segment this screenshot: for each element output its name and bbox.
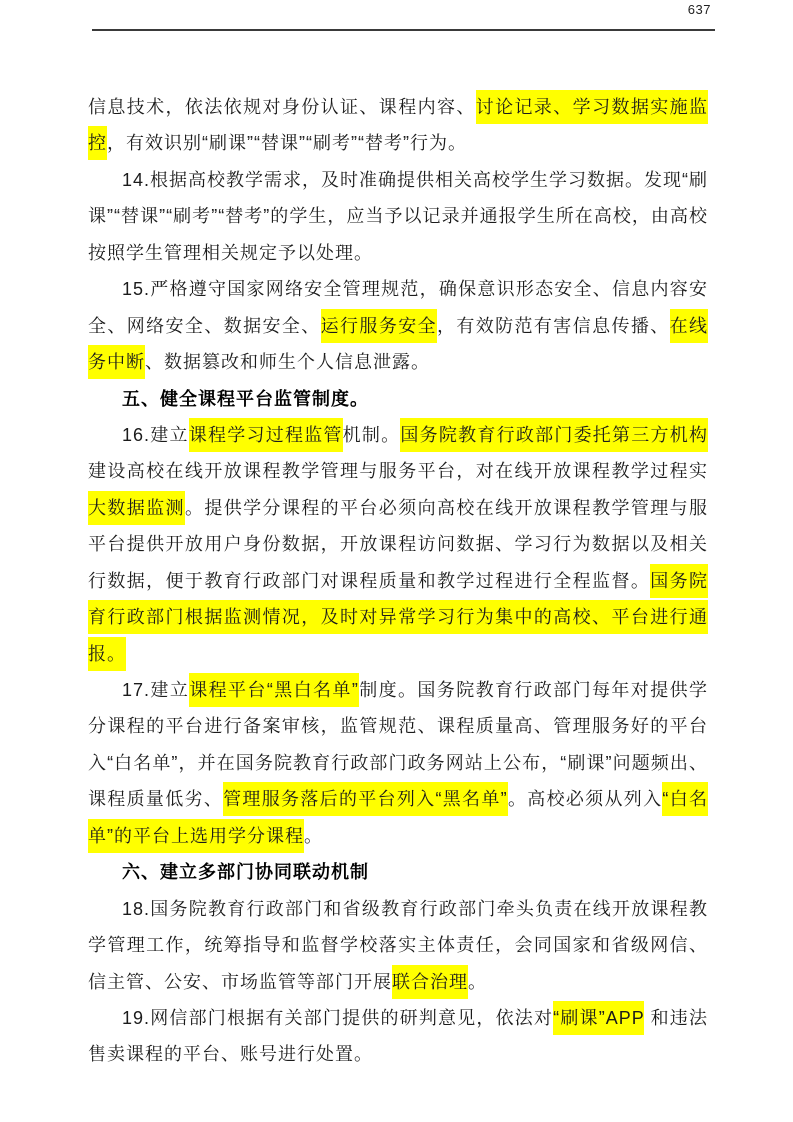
text-run: 信息技术，依法依规对身份认证、课程内容、 bbox=[88, 97, 476, 117]
text-run: 行数据，便于教育行政部门对课程质量和教学过程进行全程监督。 bbox=[88, 571, 650, 591]
highlighted-text: 运行服务安全 bbox=[321, 309, 437, 343]
highlighted-text: 报。 bbox=[88, 637, 126, 671]
text-run: 制度。国务院教育行政部门每年对提供学 bbox=[359, 680, 708, 700]
text-run: 机制。 bbox=[343, 425, 401, 445]
text-run: 。高校必须从列入 bbox=[508, 789, 663, 809]
highlighted-text: “刷课”APP bbox=[553, 1001, 644, 1035]
text-run: 19.网信部门根据有关部门提供的研判意见，依法对 bbox=[122, 1008, 553, 1028]
text-run: 五、健全课程平台监管制度。 bbox=[122, 389, 369, 409]
text-line: 17.建立课程平台“黑白名单”制度。国务院教育行政部门每年对提供学 bbox=[88, 672, 708, 708]
text-run: 学管理工作，统筹指导和监督学校落实主体责任，会同国家和省级网信、电 bbox=[88, 935, 708, 963]
highlighted-text: 课程学习过程监管 bbox=[189, 418, 343, 452]
section-heading-line: 五、健全课程平台监管制度。 bbox=[88, 381, 708, 417]
text-run: 。 bbox=[468, 972, 487, 992]
text-line: 18.国务院教育行政部门和省级教育行政部门牵头负责在线开放课程教 bbox=[88, 891, 708, 927]
text-line: 14.根据高校教学需求，及时准确提供相关高校学生学习数据。发现“刷 bbox=[88, 162, 708, 198]
text-run: 。 bbox=[304, 826, 323, 846]
text-run: 分课程的平台进行备案审核，监管规范、课程质量高、管理服务好的平台进 bbox=[88, 716, 708, 744]
text-run: 全、网络安全、数据安全、 bbox=[88, 316, 321, 336]
text-run: 18.国务院教育行政部门和省级教育行政部门牵头负责在线开放课程教 bbox=[122, 899, 708, 919]
document-body: 信息技术，依法依规对身份认证、课程内容、讨论记录、学习数据实施监控，有效识别“刷… bbox=[88, 89, 708, 1073]
text-line: 售卖课程的平台、账号进行处置。 bbox=[88, 1036, 708, 1072]
text-line: 入“白名单”，并在国务院教育行政部门政务网站上公布，“刷课”问题频出、 bbox=[88, 745, 708, 781]
text-line: 平台提供开放用户身份数据，开放课程访问数据、学习行为数据以及相关运 bbox=[88, 526, 708, 562]
highlighted-text: 单”的平台上选用学分课程 bbox=[88, 819, 304, 853]
text-line: 15.严格遵守国家网络安全管理规范，确保意识形态安全、信息内容安 bbox=[88, 271, 708, 307]
text-run: 六、建立多部门协同联动机制 bbox=[122, 862, 369, 882]
text-line: 育行政部门根据监测情况，及时对异常学习行为集中的高校、平台进行通 bbox=[88, 599, 708, 635]
text-line: 大数据监测。提供学分课程的平台必须向高校在线开放课程教学管理与服务 bbox=[88, 490, 708, 526]
section-heading-line: 六、建立多部门协同联动机制 bbox=[88, 854, 708, 890]
highlighted-text: 国务院教育行政部门委托第三方机构 bbox=[400, 418, 708, 452]
text-run: 15.严格遵守国家网络安全管理规范，确保意识形态安全、信息内容安 bbox=[122, 279, 708, 299]
text-run: ，有效防范有害信息传播、 bbox=[437, 316, 670, 336]
text-line: 务中断、数据篡改和师生个人信息泄露。 bbox=[88, 344, 708, 380]
page-number: 637 bbox=[688, 2, 711, 17]
text-run: 入“白名单”，并在国务院教育行政部门政务网站上公布，“刷课”问题频出、 bbox=[88, 753, 708, 773]
text-line: 行数据，便于教育行政部门对课程质量和教学过程进行全程监督。国务院教 bbox=[88, 563, 708, 599]
text-run: 和违法 bbox=[644, 1008, 708, 1028]
text-run: 、数据篡改和师生个人信息泄露。 bbox=[145, 352, 430, 372]
text-run: 按照学生管理相关规定予以处理。 bbox=[88, 243, 373, 263]
text-line: 信息技术，依法依规对身份认证、课程内容、讨论记录、学习数据实施监 bbox=[88, 89, 708, 125]
highlighted-text: 讨论记录、学习数据实施监 bbox=[476, 90, 708, 124]
text-run: 信主管、公安、市场监管等部门开展 bbox=[88, 972, 392, 992]
text-run: 售卖课程的平台、账号进行处置。 bbox=[88, 1044, 373, 1064]
text-line: 全、网络安全、数据安全、运行服务安全，有效防范有害信息传播、在线服 bbox=[88, 308, 708, 344]
text-line: 建设高校在线开放课程教学管理与服务平台，对在线开放课程教学过程实施 bbox=[88, 453, 708, 489]
text-run: 课程质量低劣、 bbox=[88, 789, 223, 809]
text-line: 分课程的平台进行备案审核，监管规范、课程质量高、管理服务好的平台进 bbox=[88, 708, 708, 744]
text-run: 建设高校在线开放课程教学管理与服务平台，对在线开放课程教学过程实施 bbox=[88, 461, 708, 489]
highlighted-text: 管理服务落后的平台列入“黑名单” bbox=[223, 782, 508, 816]
highlighted-text: 课程平台“黑白名单” bbox=[189, 673, 359, 707]
text-run: 14.根据高校教学需求，及时准确提供相关高校学生学习数据。发现“刷 bbox=[122, 170, 708, 190]
text-line: 按照学生管理相关规定予以处理。 bbox=[88, 235, 708, 271]
text-run: 课”“替课”“刷考”“替考”的学生，应当予以记录并通报学生所在高校，由高校 bbox=[88, 206, 708, 226]
text-run: 16.建立 bbox=[122, 425, 189, 445]
highlighted-text: “白名 bbox=[662, 782, 708, 816]
text-line: 报。 bbox=[88, 636, 708, 672]
text-line: 单”的平台上选用学分课程。 bbox=[88, 818, 708, 854]
text-run: ，有效识别“刷课”“替课”“刷考”“替考”行为。 bbox=[107, 133, 467, 153]
highlighted-text: 育行政部门根据监测情况，及时对异常学习行为集中的高校、平台进行通 bbox=[88, 600, 708, 634]
text-line: 16.建立课程学习过程监管机制。国务院教育行政部门委托第三方机构 bbox=[88, 417, 708, 453]
text-line: 学管理工作，统筹指导和监督学校落实主体责任，会同国家和省级网信、电 bbox=[88, 927, 708, 963]
text-line: 课”“替课”“刷考”“替考”的学生，应当予以记录并通报学生所在高校，由高校 bbox=[88, 198, 708, 234]
header-rule bbox=[92, 29, 715, 31]
highlighted-text: 大数据监测 bbox=[88, 491, 185, 525]
highlighted-text: 控 bbox=[88, 126, 107, 160]
text-line: 控，有效识别“刷课”“替课”“刷考”“替考”行为。 bbox=[88, 125, 708, 161]
highlighted-text: 务中断 bbox=[88, 345, 145, 379]
text-line: 课程质量低劣、管理服务落后的平台列入“黑名单”。高校必须从列入“白名 bbox=[88, 781, 708, 817]
text-line: 19.网信部门根据有关部门提供的研判意见，依法对“刷课”APP 和违法 bbox=[88, 1000, 708, 1036]
document-page: 637 信息技术，依法依规对身份认证、课程内容、讨论记录、学习数据实施监控，有效… bbox=[0, 0, 793, 1122]
text-run: 平台提供开放用户身份数据，开放课程访问数据、学习行为数据以及相关运 bbox=[88, 534, 708, 562]
text-run: 17.建立 bbox=[122, 680, 189, 700]
text-line: 信主管、公安、市场监管等部门开展联合治理。 bbox=[88, 964, 708, 1000]
highlighted-text: 联合治理 bbox=[392, 965, 468, 999]
